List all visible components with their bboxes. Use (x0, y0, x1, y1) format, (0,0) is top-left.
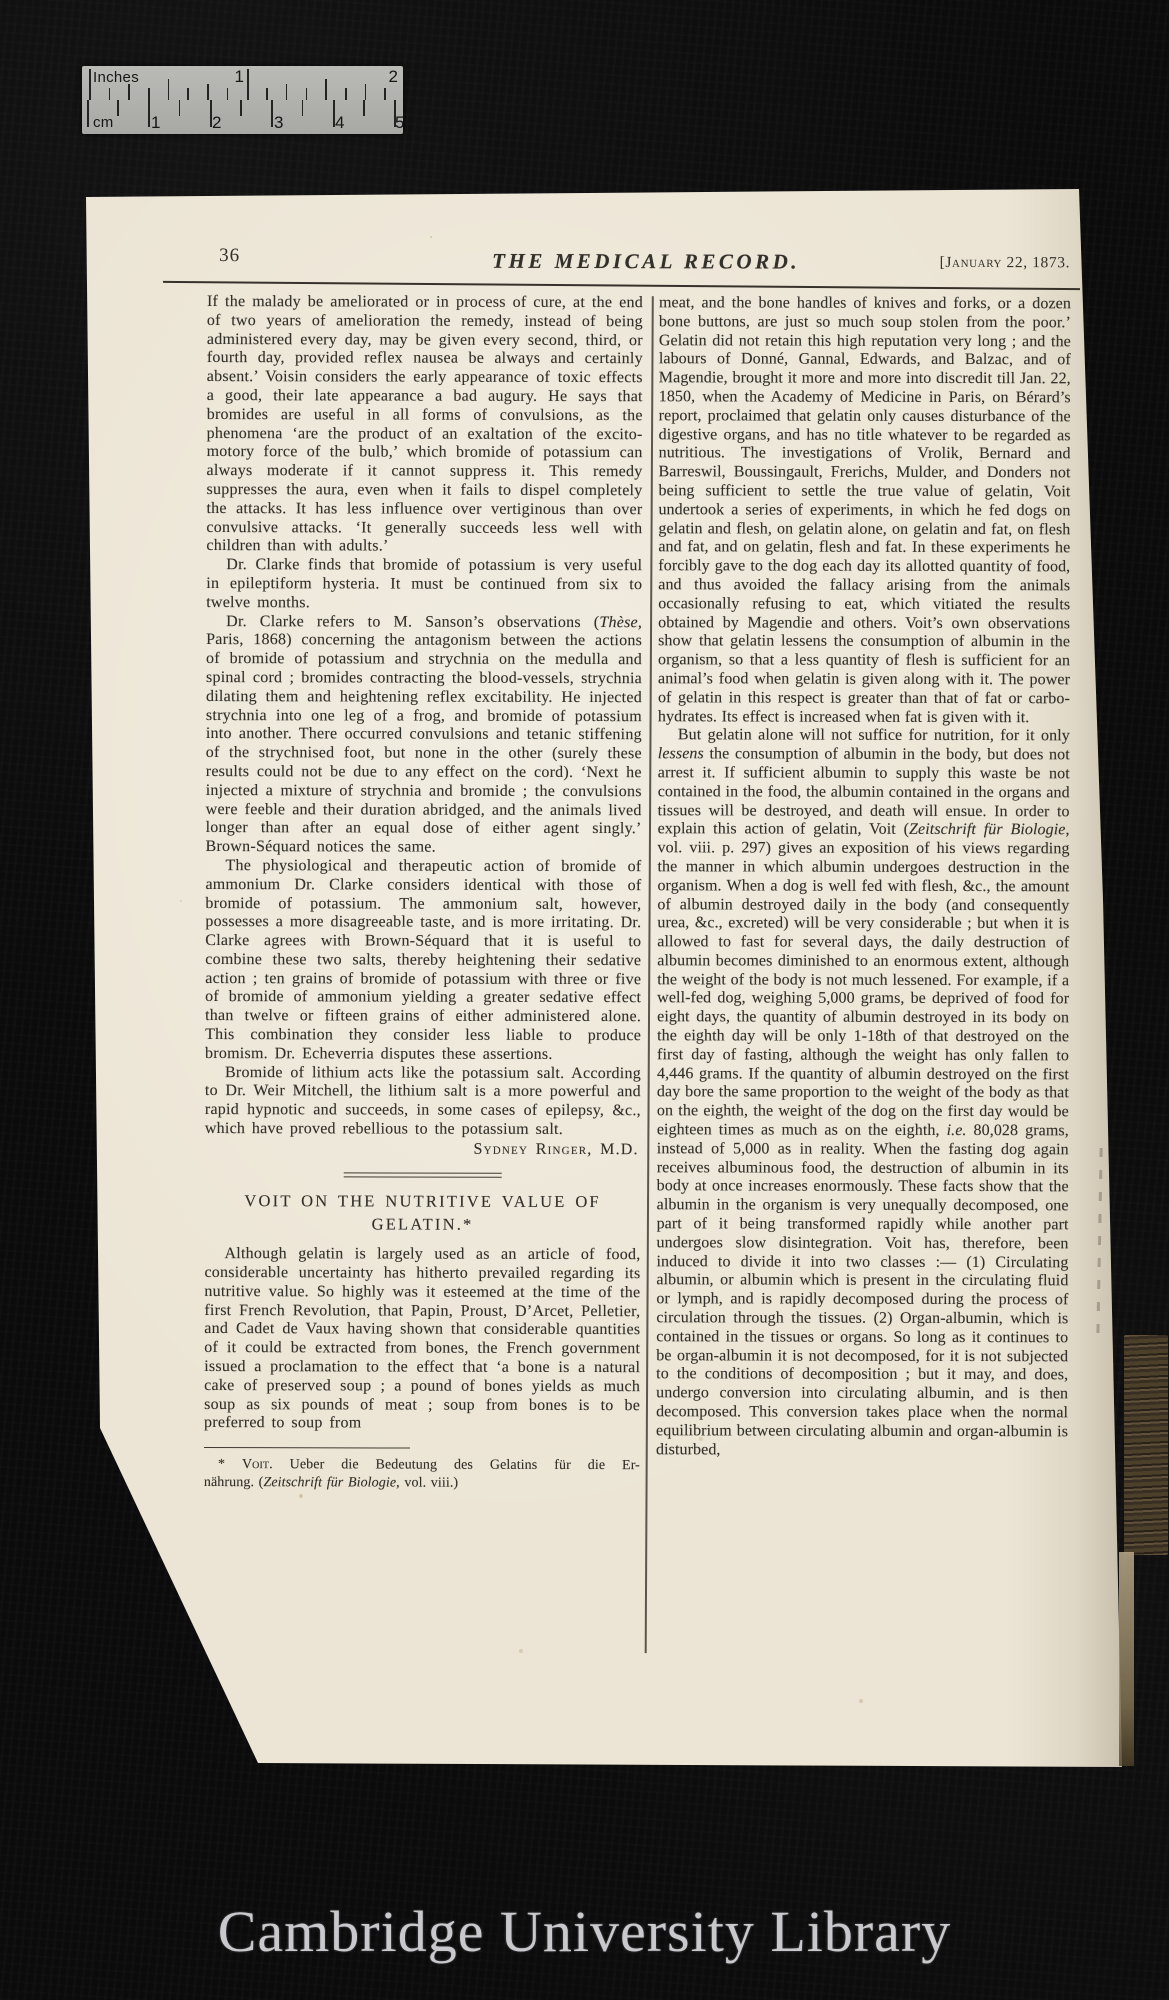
issue-date: [January 22, 1873. (940, 254, 1070, 272)
column-divider (645, 296, 654, 1653)
ruler-number: 5 (395, 113, 403, 133)
ruler-tick (117, 100, 119, 116)
right-column: meat, and the bone handles of knives and… (656, 294, 1071, 1460)
ruler-tick (128, 84, 130, 100)
ruler-tick (363, 100, 365, 116)
ruler-tick (187, 88, 189, 100)
paragraph: The physiological and therapeutic action… (205, 857, 642, 1065)
ruler-number: 1 (230, 67, 244, 87)
paragraph: Dr. Clarke refers to M. Sanson’s observa… (206, 613, 643, 858)
signature: Sydney Ringer, M.D. (205, 1140, 641, 1160)
paragraph: Bromide of lithium acts like the potassi… (205, 1064, 641, 1140)
ruler-tick (286, 84, 288, 100)
ruler-tick (109, 88, 111, 100)
library-watermark: Cambridge University Library (218, 1898, 952, 1965)
ruler-tick (89, 69, 91, 100)
footnote-line: * Voit. Ueber die Bedeutung des Gelatins… (204, 1456, 640, 1475)
ruler-tick (227, 88, 229, 100)
paragraph: Dr. Clarke finds that bromide of potassi… (206, 556, 642, 614)
scanned-page: 36 THE MEDICAL RECORD. [January 22, 1873… (0, 0, 1169, 2000)
footnote-line: nährung. (Zeitschrift für Biologie, vol.… (204, 1474, 640, 1493)
header-rule (163, 281, 1080, 291)
ruler-tick (148, 88, 150, 100)
ruler-tick (207, 84, 209, 100)
section-paragraphs: Although gelatin is largely used as an a… (204, 1245, 640, 1434)
ruler-number: 1 (151, 113, 165, 133)
section-divider (344, 1172, 502, 1178)
paper-specks (0, 0, 2, 2)
ruler-tick (365, 84, 367, 100)
ruler-number: 4 (335, 113, 349, 133)
page-number: 36 (219, 245, 240, 267)
left-column: If the malady be ameliorated or in proce… (204, 293, 643, 1493)
paragraph: But gelatin alone will not suffice for n… (656, 727, 1070, 1461)
ruler-tick (168, 79, 170, 100)
section-heading-line2: GELATIN.* (205, 1212, 641, 1236)
section-heading-line1: VOIT ON THE NUTRITIVE VALUE OF (205, 1189, 641, 1213)
ruler-number: 2 (384, 67, 398, 87)
ruler-tick (306, 88, 308, 100)
photo-background: Inches cm 1212345 36 THE MEDICAL RECORD.… (0, 0, 1169, 2000)
footnote-rule (204, 1447, 410, 1449)
right-paragraphs: meat, and the bone handles of knives and… (656, 294, 1071, 1460)
ruler-tick (240, 100, 242, 116)
ruler-tick (345, 88, 347, 100)
ruler-number: 2 (212, 113, 226, 133)
ruler-tick (266, 88, 268, 100)
ruler-tick (384, 88, 386, 100)
footnote: * Voit. Ueber die Bedeutung des Gelatins… (204, 1456, 640, 1493)
paragraph: If the malady be ameliorated or in proce… (206, 293, 643, 557)
ruler-tick (87, 100, 89, 127)
page-content: 36 THE MEDICAL RECORD. [January 22, 1873… (0, 0, 1169, 2000)
section-heading: VOIT ON THE NUTRITIVE VALUE OF GELATIN.* (205, 1189, 641, 1236)
paragraph: Although gelatin is largely used as an a… (204, 1245, 640, 1434)
ruler-tick (302, 100, 304, 116)
ruler-tick (247, 69, 249, 100)
journal-title: THE MEDICAL RECORD. (492, 249, 800, 275)
ruler-inches-label: Inches (93, 69, 139, 86)
article-end-paragraphs: If the malady be ameliorated or in proce… (205, 293, 643, 1140)
book-page-edge (1119, 1552, 1134, 1766)
ruler: Inches cm 1212345 (82, 66, 403, 134)
paragraph: meat, and the bone handles of knives and… (658, 294, 1071, 727)
ruler-tick (148, 100, 150, 127)
book-fore-edge (1124, 1335, 1168, 1555)
ruler-number: 3 (274, 113, 288, 133)
ruler-tick (271, 100, 273, 127)
ruler-tick (179, 100, 181, 116)
ruler-tick (325, 79, 327, 100)
ruler-cm-label: cm (93, 114, 114, 131)
